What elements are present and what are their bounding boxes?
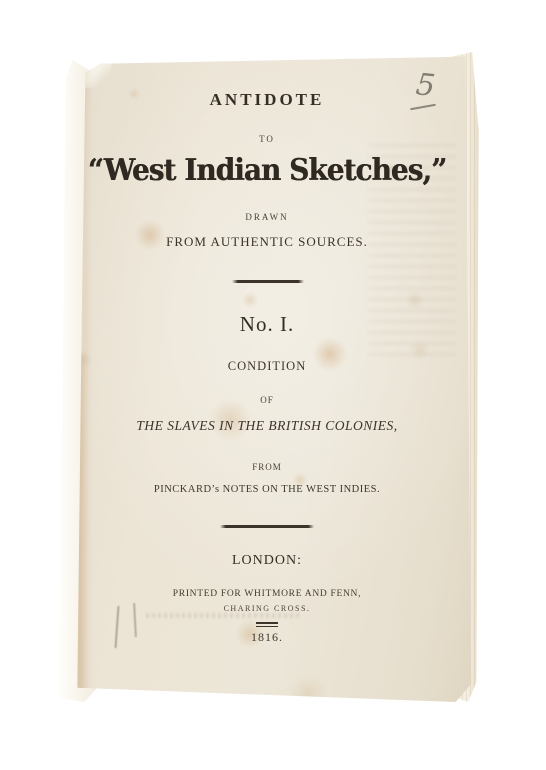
book: ANTIDOTE TO “West Indian Sketches,” DRAW… [0,0,546,770]
line-source-note: PINCKARD’s NOTES ON THE WEST INDIES. [68,484,466,495]
title-page-text: ANTIDOTE TO “West Indian Sketches,” DRAW… [68,54,466,704]
line-quoted-title: “West Indian Sketches,” [68,152,466,188]
line-printer: PRINTED FOR WHITMORE AND FENN, [68,589,466,599]
line-from: FROM [68,462,466,472]
line-condition: CONDITION [68,359,466,374]
divider-rule-3 [256,622,278,627]
show-through-smudge-bottom [146,613,302,618]
divider-rule-2 [220,525,314,528]
line-of: OF [68,395,466,405]
line-printer-address: CHARING CROSS. [68,604,466,613]
line-issue-number: No. I. [68,312,466,337]
photo-background: ANTIDOTE TO “West Indian Sketches,” DRAW… [0,0,546,770]
line-title: ANTIDOTE [68,90,466,110]
line-year: 1816. [68,630,466,645]
line-drawn: DRAWN [68,212,466,222]
handwritten-number: 5 [414,67,437,104]
line-to: TO [68,134,466,144]
line-from-sources: FROM AUTHENTIC SOURCES. [68,234,466,250]
title-page: ANTIDOTE TO “West Indian Sketches,” DRAW… [68,54,474,704]
line-city: LONDON: [68,553,466,569]
line-subject: THE SLAVES IN THE BRITISH COLONIES, [68,418,466,434]
divider-rule-1 [232,280,304,283]
